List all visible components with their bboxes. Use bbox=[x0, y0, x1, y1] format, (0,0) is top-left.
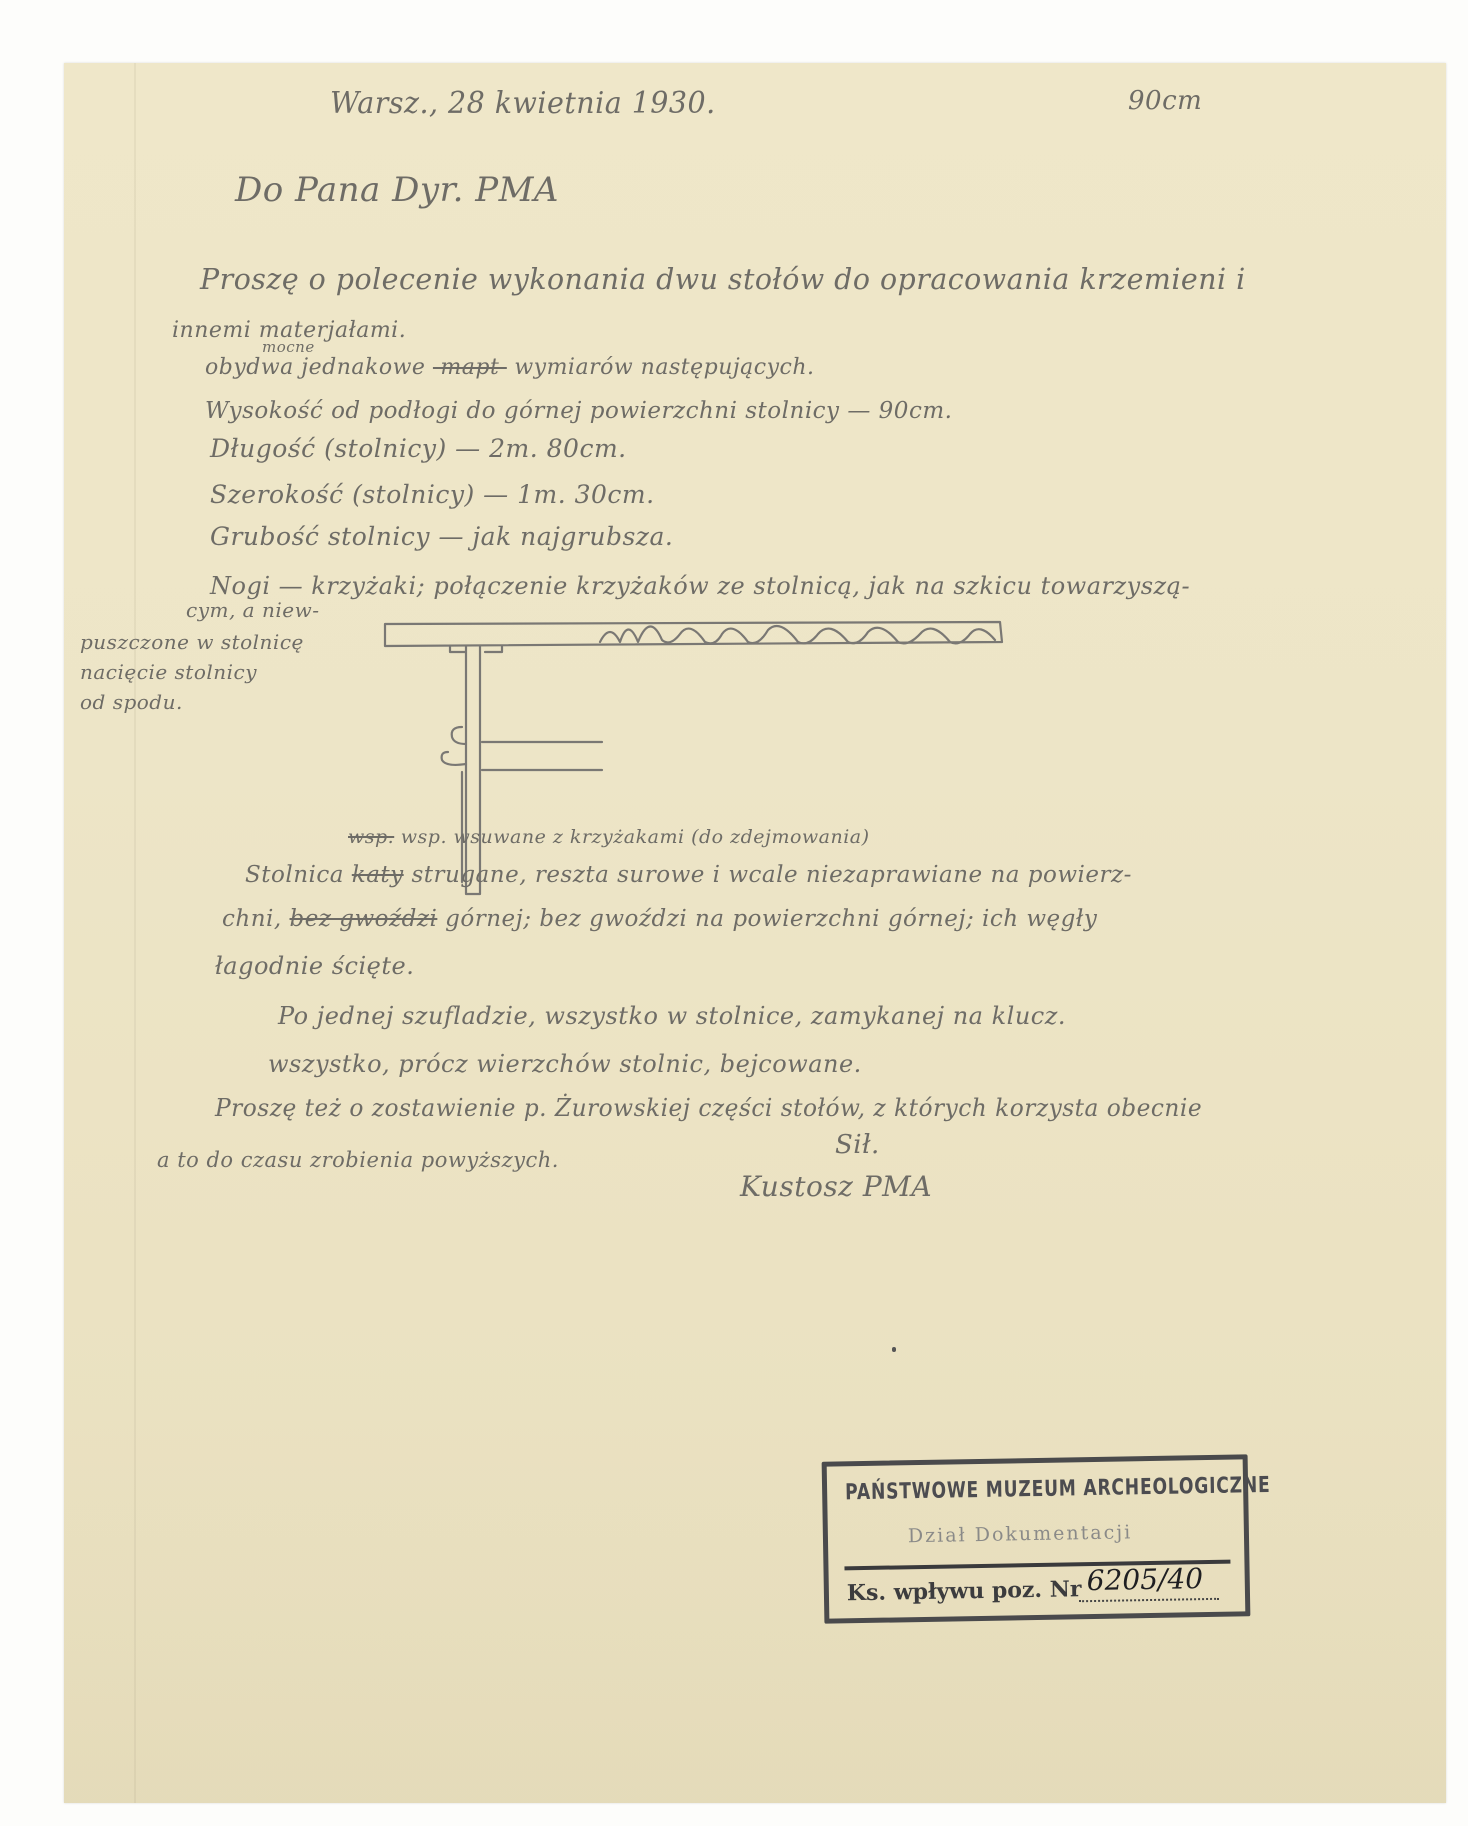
stamp-entry-number: 6205/40 bbox=[1086, 1562, 1203, 1597]
body2-line-2: chni, bez gwoździ górnej; bez gwoździ na… bbox=[222, 906, 1097, 932]
corner-note: 90cm bbox=[1128, 86, 1202, 116]
body-line-width: Szerokość (stolnicy) — 1m. 30cm. bbox=[210, 480, 655, 509]
body-line-length: Długość (stolnicy) — 2m. 80cm. bbox=[210, 434, 627, 463]
body-line-height: Wysokość od podłogi do górnej powierzchn… bbox=[205, 398, 952, 424]
sketch-label-text: wsp. wsuwane z krzyżakami (do zdejmowani… bbox=[401, 826, 870, 848]
dimensions-following: wymiarów następujących. bbox=[514, 355, 814, 380]
body-line-thickness: Grubość stolnicy — jak najgrubsza. bbox=[210, 522, 673, 551]
both-identical: obydwa jednakowe bbox=[205, 355, 425, 380]
museum-stamp: PAŃSTWOWE MUZEUM ARCHEOLOGICZNE Dział Do… bbox=[822, 1454, 1251, 1623]
letter-date: Warsz., 28 kwietnia 1930. bbox=[330, 86, 716, 121]
sketch-label: wsp. wsp. wsuwane z krzyżakami (do zdejm… bbox=[348, 826, 870, 848]
body-line-both: obydwa jednakowe mapt wymiarów następują… bbox=[205, 355, 815, 380]
body2-line-8: a to do czasu zrobienia powyższych. bbox=[157, 1148, 559, 1172]
body-line-legs: Nogi — krzyżaki; połączenie krzyżaków ze… bbox=[210, 572, 1190, 600]
margin-note-2: puszczone w stolnicę bbox=[80, 630, 304, 654]
table-leg-sketch bbox=[370, 612, 1020, 902]
margin-note-3: nacięcie stolnicy bbox=[80, 660, 257, 684]
strugane-text: strugane, reszta surowe i wcale niezapra… bbox=[411, 862, 1131, 888]
height-label: Wysokość bbox=[205, 398, 323, 424]
signature: Kustosz PMA bbox=[740, 1170, 932, 1203]
stolnica: Stolnica bbox=[245, 862, 344, 888]
body2-line-1: Stolnica katy strugane, reszta surowe i … bbox=[245, 862, 1132, 888]
struck-phrase: bez gwoździ bbox=[290, 906, 438, 932]
chni: chni, bbox=[222, 906, 282, 932]
pencil-dot bbox=[892, 1347, 896, 1352]
insertion-strong: mocne bbox=[262, 338, 315, 356]
struck-prefix: wsp. bbox=[348, 826, 394, 848]
body-line-request: Proszę o polecenie wykonania dwu stołów … bbox=[200, 262, 1246, 296]
body2-line-4: Po jednej szufladzie, wszystko w stolnic… bbox=[278, 1002, 1066, 1030]
stamp-museum-name: PAŃSTWOWE MUZEUM ARCHEOLOGICZNE bbox=[845, 1473, 1271, 1505]
gornej-text: górnej; bez gwoździ na powierzchni górne… bbox=[445, 906, 1097, 932]
body2-line-5: wszystko, prócz wierzchów stolnic, bejco… bbox=[268, 1050, 862, 1078]
height-value: od podłogi do górnej powierzchni stolnic… bbox=[331, 398, 952, 424]
struck-word: mapt bbox=[433, 355, 507, 380]
salutation: Do Pana Dyr. PMA bbox=[235, 170, 559, 210]
margin-note-4: od spodu. bbox=[80, 690, 183, 714]
body2-line-7: Sił. bbox=[835, 1130, 880, 1160]
stamp-department: Dział Dokumentacji bbox=[908, 1521, 1133, 1547]
struck-word: katy bbox=[352, 862, 404, 888]
stamp-entry-label: Ks. wpływu poz. Nr bbox=[847, 1576, 1082, 1606]
margin-note-1: cym, a niew- bbox=[186, 598, 319, 622]
body2-line-3: łagodnie ścięte. bbox=[215, 952, 414, 980]
body2-line-6: Proszę też o zostawienie p. Żurowskiej c… bbox=[215, 1094, 1202, 1122]
